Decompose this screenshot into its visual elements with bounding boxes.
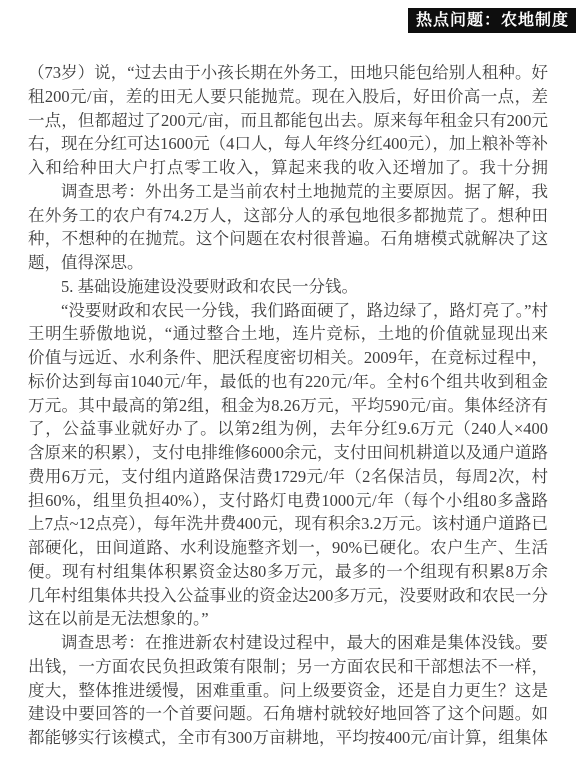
text-line: 部硬化，田间道路、水利设施整齐划一，90%已硬化。农户生产、生活十分方: [28, 536, 548, 560]
text-line: 建设中要回答的一个首要问题。石角塘村就较好地回答了这个问题。如果全市: [28, 702, 548, 726]
text-line: 万元。其中最高的第2组，租金为8.26万元，平均590元/亩。集体经济有钱: [28, 394, 548, 418]
text-line: 标价达到每亩1040元/年，最低的也有220元/年。全村6个组共收到租金33.5…: [28, 370, 548, 394]
text-line: 入和给种田大户打点零工收入，算起来我的收入还增加了。我十分拥护。”: [28, 156, 548, 180]
text-line: 调查思考：外出务工是当前农村土地抛荒的主要原因。据了解，我市长期: [28, 180, 548, 204]
text-line: （73岁）说，“过去由于小孩长期在外务工，田地只能包给别人租种。好的田能: [28, 61, 548, 85]
text-line: 一点，但都超过了200元/亩，而且都能包出去。原来每年租金只有200元左: [28, 109, 548, 133]
text-line: 度大，整体推进缓慢，困难重重。问上级要资金，还是自力更生？这是新农村: [28, 679, 548, 703]
text-line: 了，公益事业就好办了。以第2组为例，去年分红9.6万元（240人×400元/年，: [28, 417, 548, 441]
text-line: 出钱，一方面农民负担政策有限制；另一方面农民和干部想法不一样，工作难: [28, 655, 548, 679]
text-line: 含原来的积累），支付电排维修6000余元，支付田间机耕道以及通户道路硬化: [28, 441, 548, 465]
text-line: 价值与远近、水利条件、肥沃程度密切相关。2009年，在竞标过程中，最高的: [28, 346, 548, 370]
document-page: 热点问题：农地制度 （73岁）说，“过去由于小孩长期在外务工，田地只能包给别人租…: [0, 0, 576, 758]
text-line: 租200元/亩，差的田无人要只能抛荒。现在入股后，好田价高一点，差田价低: [28, 85, 548, 109]
text-line: 调查思考：在推进新农村建设过程中，最大的困难是集体没钱。要老百姓: [28, 631, 548, 655]
text-line: 5. 基础设施建设没要财政和农民一分钱。: [28, 275, 548, 299]
text-line: 便。现有村组集体积累资金达80多万元，最多的一个组现有积累8万余元。这: [28, 560, 548, 584]
text-line: 几年村组集体共投入公益事业的资金达200多万元，没要财政和农民一分钱。: [28, 584, 548, 608]
text-line: 这在以前是无法想象的。”: [28, 607, 548, 631]
text-line: 右，现在分红可达1600元（4口人，每人年终分红400元），加上粮补等补贴收: [28, 132, 548, 156]
text-line: 都能够实行该模式，全市有300万亩耕地，平均按400元/亩计算，组集体有12: [28, 726, 548, 750]
text-line: 题，值得深思。: [28, 251, 548, 275]
text-line: 种，不想种的在抛荒。这个问题在农村很普遍。石角塘模式就解决了这个问: [28, 227, 548, 251]
text-line: 在外务工的农户有74.2万人，这部分人的承包地很多都抛荒了。想种田的没田: [28, 204, 548, 228]
document-body: （73岁）说，“过去由于小孩长期在外务工，田地只能包给别人租种。好的田能租200…: [28, 61, 548, 750]
text-line: 上7点~12点亮），每年洗井费400元，现有积余3.2万元。该村通户道路已经全: [28, 512, 548, 536]
text-line: “没要财政和农民一分钱，我们路面硬了，路边绿了，路灯亮了。”村支书: [28, 299, 548, 323]
text-line: 王明生骄傲地说，“通过整合土地，连片竞标，土地的价值就显现出来了。土地: [28, 322, 548, 346]
text-line: 费用6万元，支付组内道路保洁费1729元/年（2名保洁员，每周2次，村里负: [28, 465, 548, 489]
text-line: 担60%，组里负担40%），支付路灯电费1000元/年（每个小组80多盏路灯，晚: [28, 489, 548, 513]
topic-badge: 热点问题：农地制度: [408, 8, 576, 33]
